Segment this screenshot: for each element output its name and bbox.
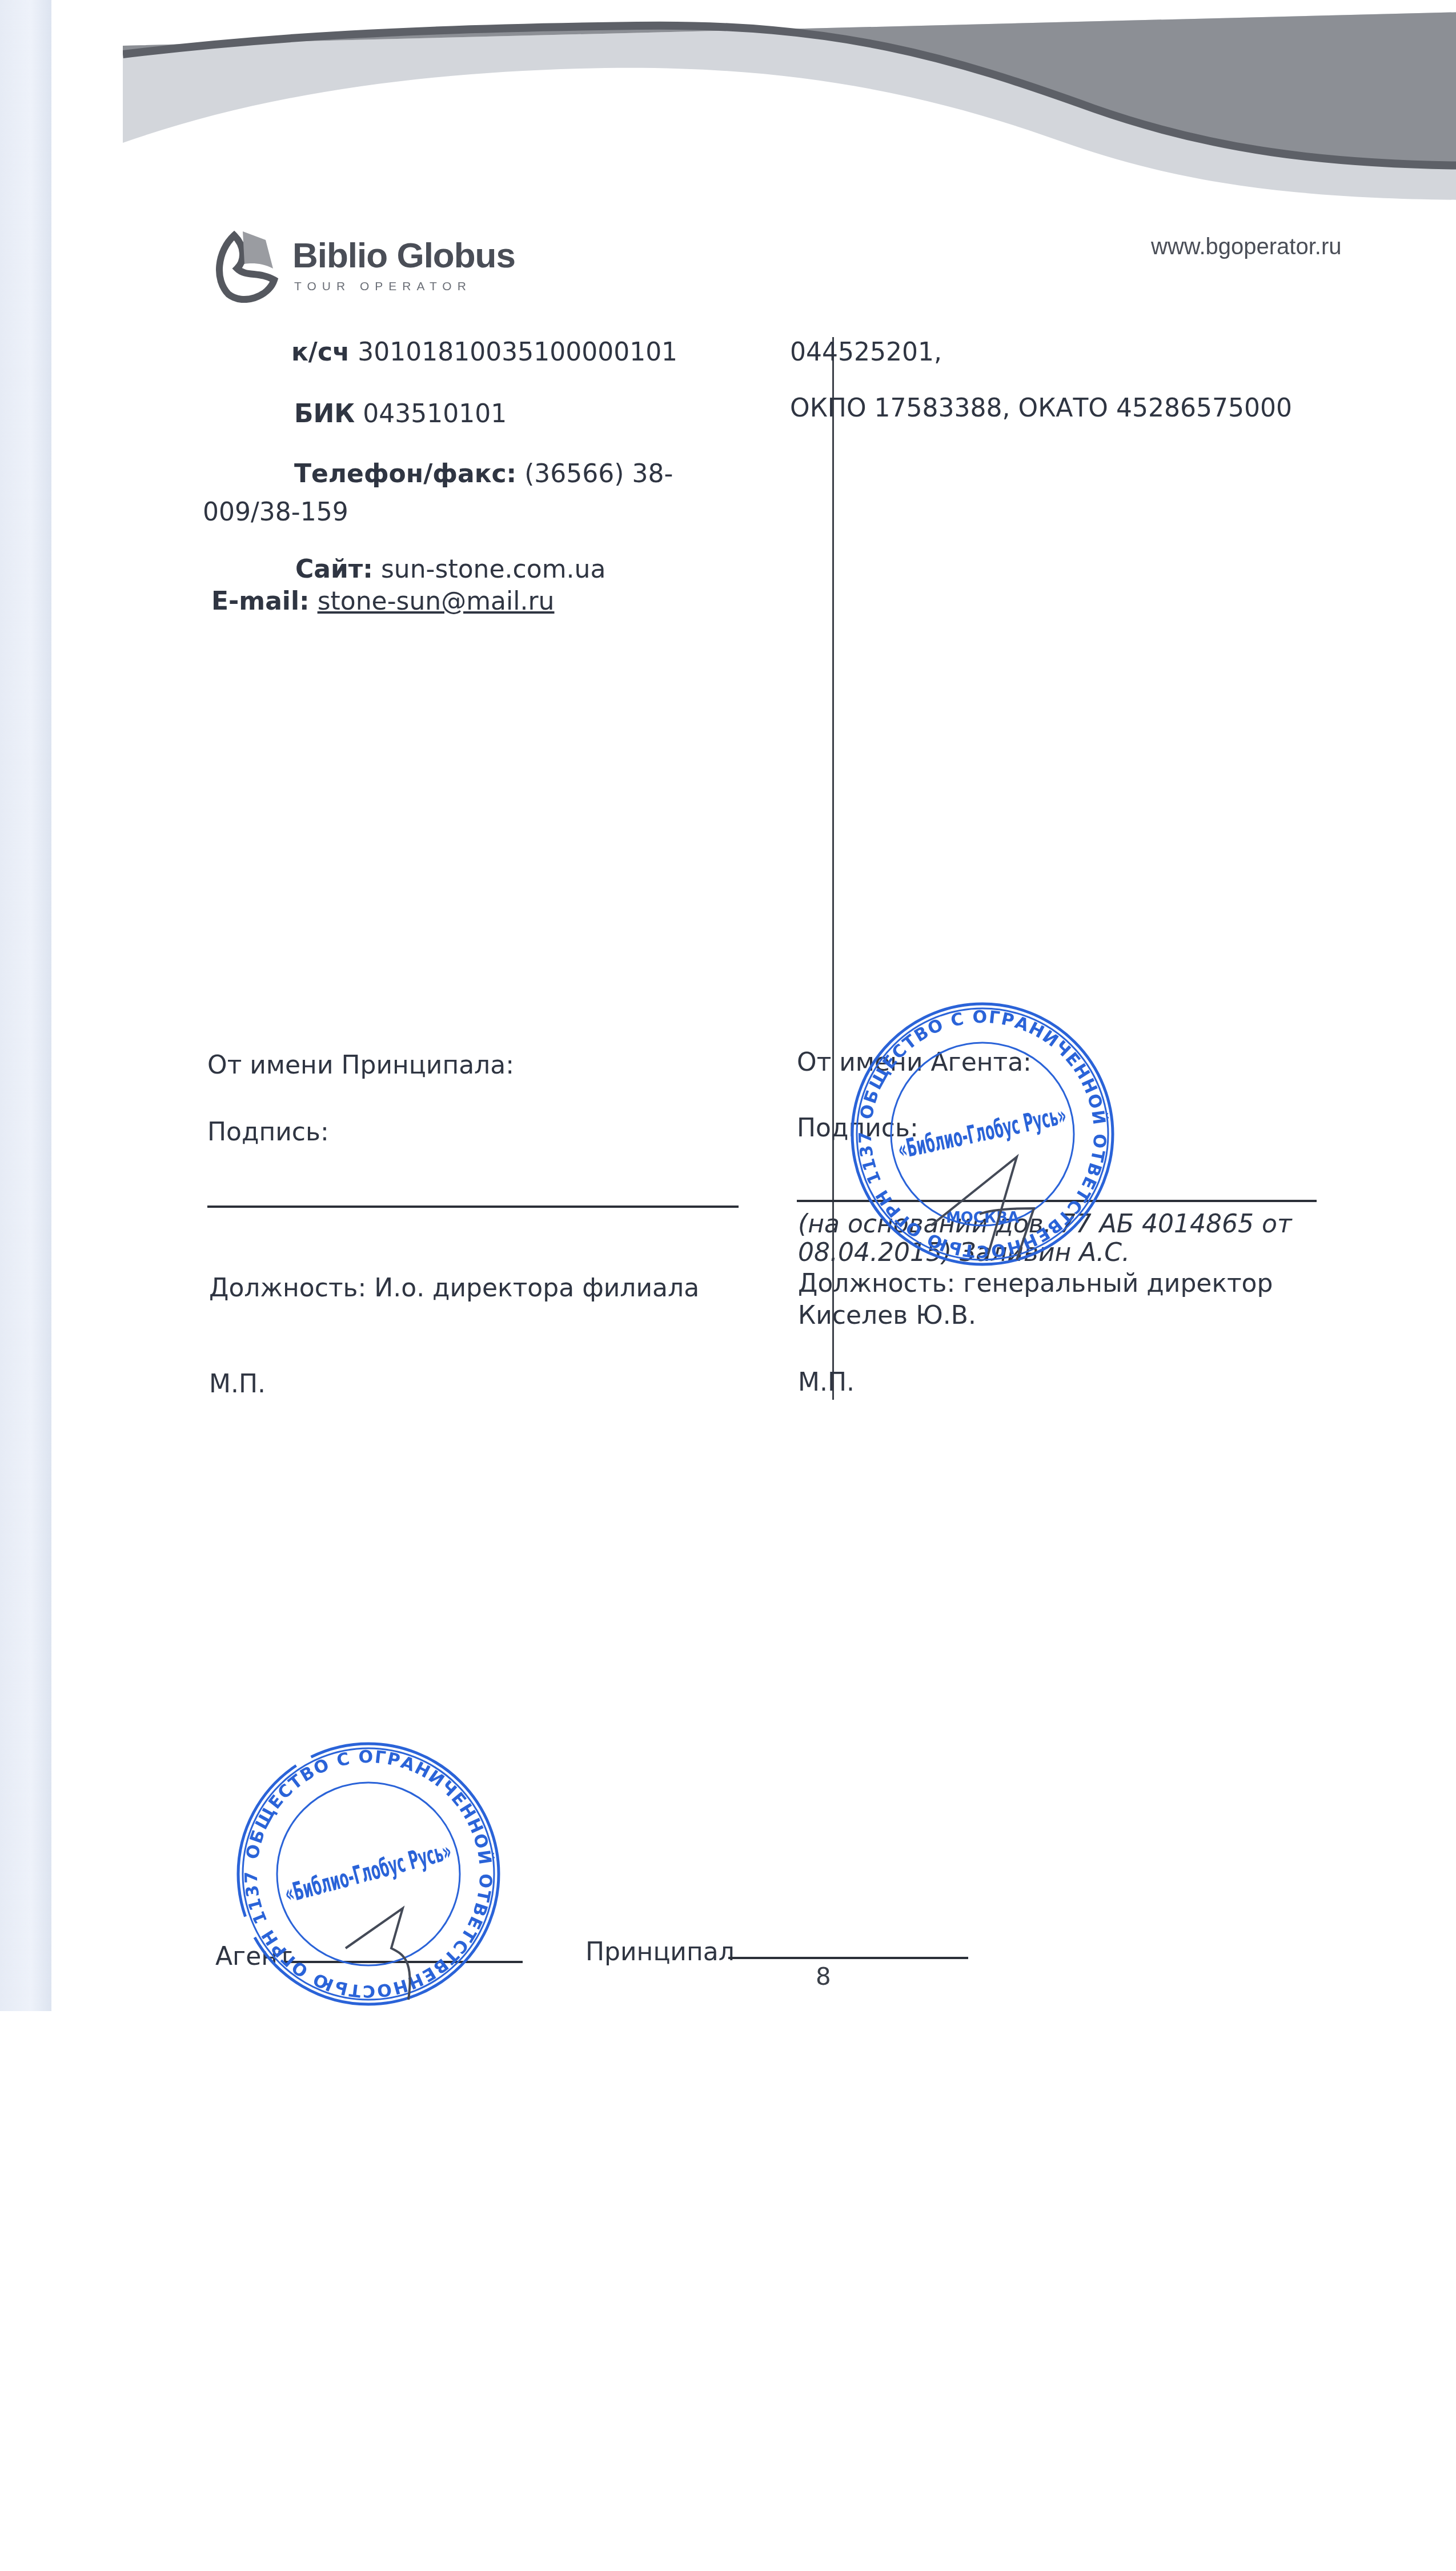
site-row: Сайт: sun-stone.com.ua <box>295 555 605 584</box>
principal-signature-label: Подпись: <box>207 1118 329 1147</box>
bik-label: БИК <box>294 399 355 428</box>
document-page: Biblio Globus TOUR OPERATOR www.bgoperat… <box>51 0 1456 2011</box>
corr-account-value: 30101810035100000101 <box>358 338 677 367</box>
agent-seal-place: М.П. <box>798 1368 855 1397</box>
bik-row: БИК 043510101 <box>294 400 507 429</box>
principal-on-behalf: От имени Принципала: <box>207 1051 514 1080</box>
footer-principal-label: Принципал <box>585 1938 735 1967</box>
principal-position: Должность: И.о. директора филиала <box>209 1274 699 1303</box>
company-seal-stamp-footer-icon: ОБЩЕСТВО С ОГРАНИЧЕННОЙ ОТВЕТСТВЕННОСТЬЮ… <box>231 1737 506 2011</box>
bik-value: 043510101 <box>363 399 507 428</box>
agent-position: Должность: генеральный директор <box>798 1270 1273 1299</box>
page-number: 8 <box>816 1963 831 1991</box>
phone-label: Телефон/факс: <box>294 459 516 488</box>
scan-paper-edge <box>0 0 51 2011</box>
email-label: E-mail: <box>211 587 310 616</box>
site-value[interactable]: sun-stone.com.ua <box>381 555 605 584</box>
phone-row: Телефон/факс: (36566) 38- <box>294 460 673 489</box>
brand-name: Biblio Globus <box>292 235 515 276</box>
email-row: E-mail: stone-sun@mail.ru <box>211 587 555 616</box>
footer-principal-signature-line[interactable] <box>728 1957 968 1959</box>
agent-okpo-okato-line: ОКПО 17583388, ОКАТО 45286575000 <box>790 394 1292 423</box>
header-wave-banner <box>123 11 1456 206</box>
stamp-footer-center-text: «Библио-Глобус Русь» <box>282 1836 455 1909</box>
website-url[interactable]: www.bgoperator.ru <box>1151 234 1342 260</box>
email-link[interactable]: stone-sun@mail.ru <box>318 587 555 616</box>
brand-tagline: TOUR OPERATOR <box>294 280 472 294</box>
agent-bik-line: 044525201, <box>790 338 942 367</box>
company-seal-stamp-icon: ОБЩЕСТВО С ОГРАНИЧЕННОЙ ОТВЕТСТВЕННОСТЬЮ… <box>845 997 1120 1271</box>
principal-signature-line[interactable] <box>207 1206 739 1208</box>
phone-value-line2: 009/38-159 <box>203 498 348 527</box>
stamp-center-text: «Библио-Глобус Русь» <box>895 1100 1069 1164</box>
phone-value-line1: (36566) 38- <box>524 459 673 488</box>
site-label: Сайт: <box>295 555 373 584</box>
corr-account-label: к/сч <box>291 338 350 367</box>
biblio-globus-logo-icon <box>211 229 283 303</box>
brand-logo: Biblio Globus TOUR OPERATOR <box>211 229 531 309</box>
principal-seal-place: М.П. <box>209 1370 266 1399</box>
corr-account-row: к/сч 30101810035100000101 <box>291 338 677 367</box>
agent-name: Киселев Ю.В. <box>798 1301 976 1331</box>
